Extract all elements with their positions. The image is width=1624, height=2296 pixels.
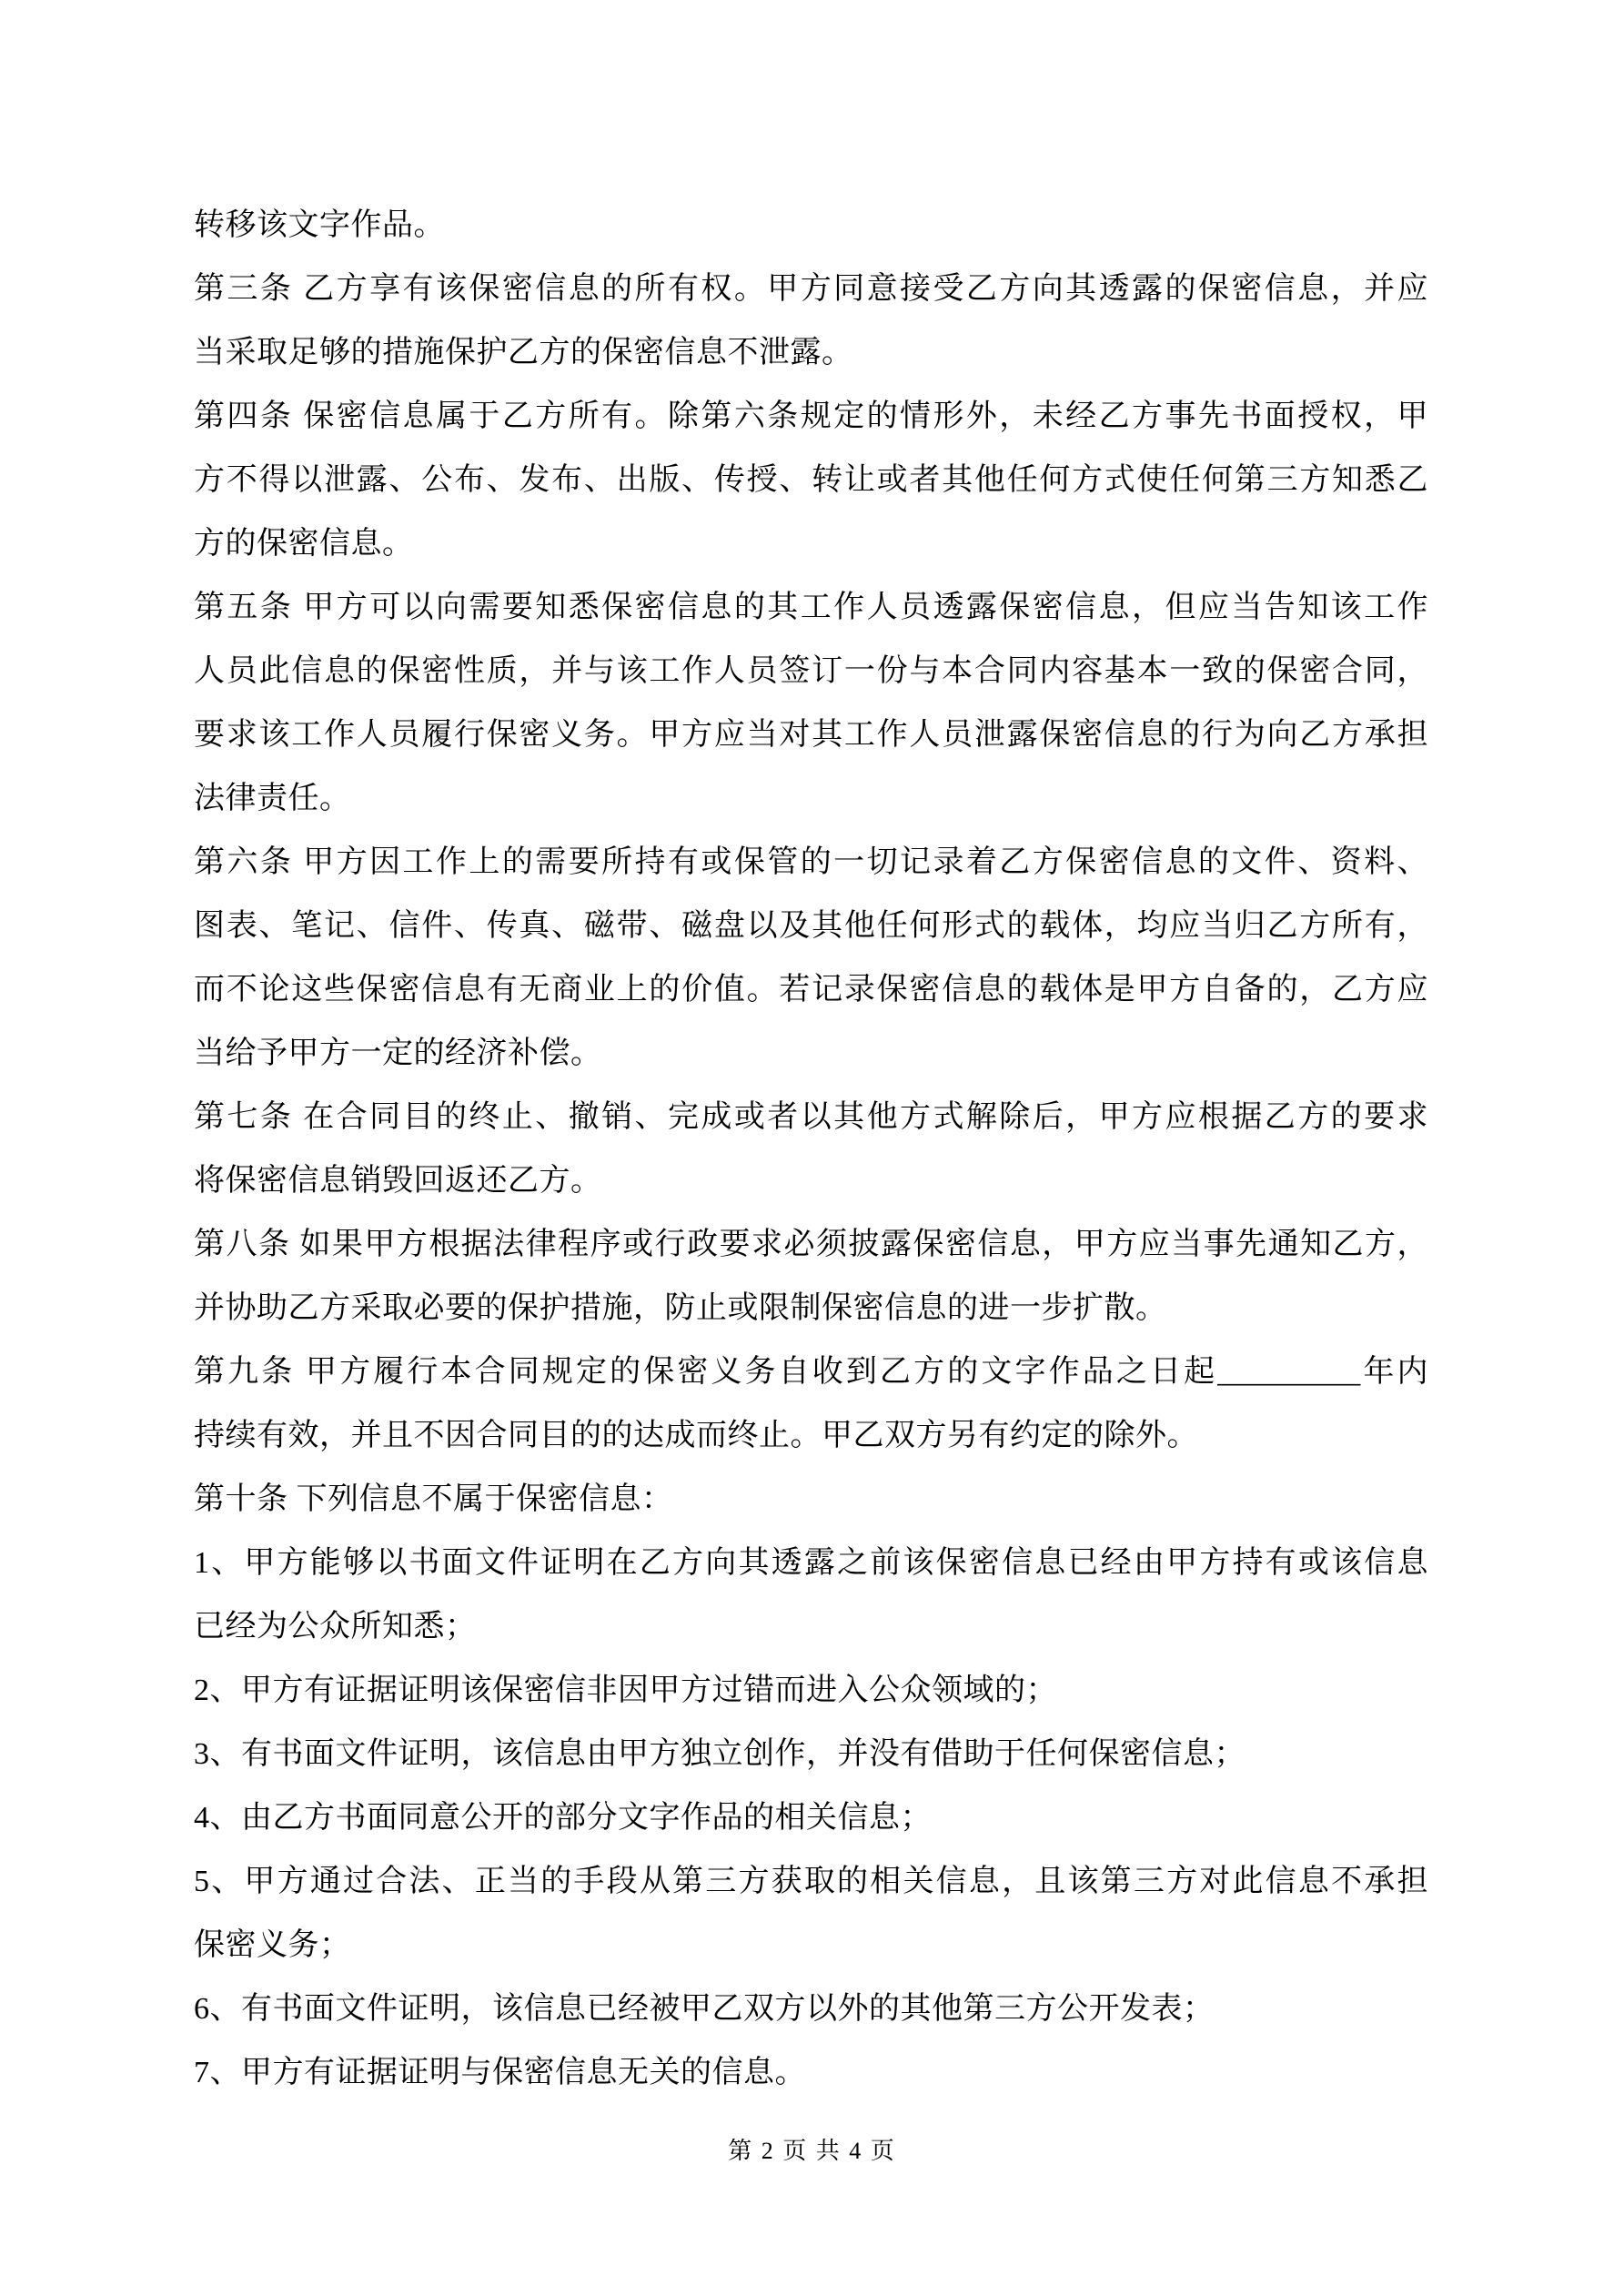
document-line: 2、甲方有证据证明该保密信非因甲方过错而进入公众领域的； (194, 1659, 1428, 1723)
document-line: 第七条 在合同目的终止、撤销、完成或者以其他方式解除后，甲方应根据乙方的要求 (194, 1086, 1428, 1149)
document-line: 第四条 保密信息属于乙方所有。除第六条规定的情形外，未经乙方事先书面授权，甲 (194, 385, 1428, 449)
document-line: 持续有效，并且不因合同目的的达成而终止。甲乙双方另有约定的除外。 (194, 1404, 1428, 1468)
document-line: 5、甲方通过合法、正当的手段从第三方获取的相关信息，且该第三方对此信息不承担 (194, 1850, 1428, 1914)
document-line: 将保密信息销毁回返还乙方。 (194, 1149, 1428, 1213)
document-line: 法律责任。 (194, 767, 1428, 831)
document-line: 已经为公众所知悉； (194, 1595, 1428, 1659)
document-line: 第三条 乙方享有该保密信息的所有权。甲方同意接受乙方向其透露的保密信息，并应 (194, 258, 1428, 321)
document-line: 6、有书面文件证明，该信息已经被甲乙双方以外的其他第三方公开发表； (194, 1977, 1428, 2041)
document-line: 1、甲方能够以书面文件证明在乙方向其透露之前该保密信息已经由甲方持有或该信息 (194, 1532, 1428, 1595)
document-line: 并协助乙方采取必要的保护措施，防止或限制保密信息的进一步扩散。 (194, 1277, 1428, 1340)
document-line: 3、有书面文件证明，该信息由甲方独立创作，并没有借助于任何保密信息； (194, 1723, 1428, 1786)
document-line: 第六条 甲方因工作上的需要所持有或保管的一切记录着乙方保密信息的文件、资料、 (194, 831, 1428, 895)
document-line: 人员此信息的保密性质，并与该工作人员签订一份与本合同内容基本一致的保密合同， (194, 640, 1428, 703)
document-line: 4、由乙方书面同意公开的部分文字作品的相关信息； (194, 1786, 1428, 1850)
document-line: 第十条 下列信息不属于保密信息： (194, 1468, 1428, 1532)
document-line: 第九条 甲方履行本合同规定的保密义务自收到乙方的文字作品之日起_________… (194, 1340, 1428, 1404)
document-line: 方不得以泄露、公布、发布、出版、传授、转让或者其他任何方式使任何第三方知悉乙 (194, 449, 1428, 512)
document-line: 7、甲方有证据证明与保密信息无关的信息。 (194, 2041, 1428, 2105)
document-page: 转移该文字作品。第三条 乙方享有该保密信息的所有权。甲方同意接受乙方向其透露的保… (0, 0, 1624, 2296)
document-line: 当给予甲方一定的经济补偿。 (194, 1022, 1428, 1086)
document-line: 而不论这些保密信息有无商业上的价值。若记录保密信息的载体是甲方自备的，乙方应 (194, 958, 1428, 1022)
document-line: 要求该工作人员履行保密义务。甲方应当对其工作人员泄露保密信息的行为向乙方承担 (194, 703, 1428, 767)
document-line: 当采取足够的措施保护乙方的保密信息不泄露。 (194, 321, 1428, 385)
document-line: 转移该文字作品。 (194, 194, 1428, 258)
document-line: 图表、笔记、信件、传真、磁带、磁盘以及其他任何形式的载体，均应当归乙方所有， (194, 895, 1428, 958)
page-number: 第 2 页 共 4 页 (0, 2131, 1624, 2171)
document-line: 保密义务； (194, 1914, 1428, 1977)
document-line: 方的保密信息。 (194, 512, 1428, 576)
document-line: 第八条 如果甲方根据法律程序或行政要求必须披露保密信息，甲方应当事先通知乙方， (194, 1213, 1428, 1277)
contract-body: 转移该文字作品。第三条 乙方享有该保密信息的所有权。甲方同意接受乙方向其透露的保… (194, 194, 1428, 2105)
document-line: 第五条 甲方可以向需要知悉保密信息的其工作人员透露保密信息，但应当告知该工作 (194, 576, 1428, 640)
